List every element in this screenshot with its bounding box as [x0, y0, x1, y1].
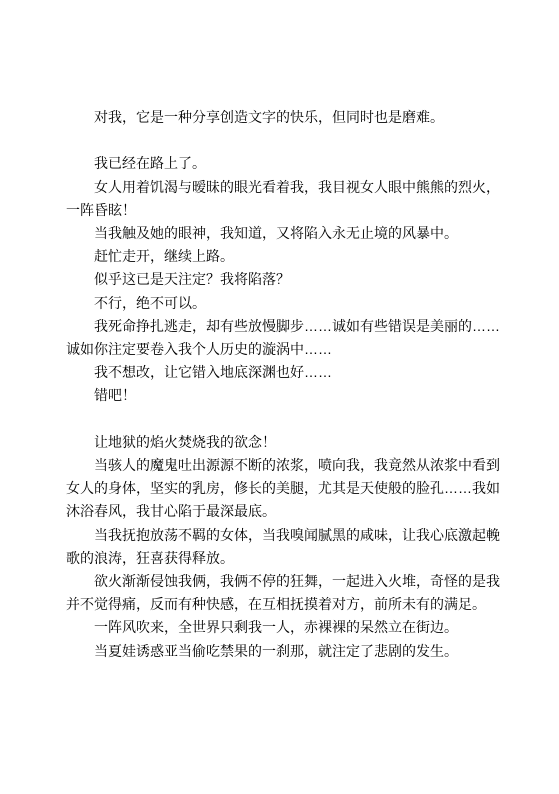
paragraph: 赶忙走开，继续上路。: [66, 245, 500, 268]
paragraph: 一阵风吹来，全世界只剩我一人，赤裸裸的呆然立在街边。: [66, 616, 500, 639]
document-page: 对我，它是一种分享创造文字的快乐，但同时也是磨难。 我已经在路上了。 女人用着饥…: [0, 0, 559, 794]
text-column: 对我，它是一种分享创造文字的快乐，但同时也是磨难。 我已经在路上了。 女人用着饥…: [66, 106, 500, 663]
paragraph: 似乎这已是天注定？我将陷落？: [66, 268, 500, 291]
paragraph: 不行，绝不可以。: [66, 292, 500, 315]
paragraph: 错吧！: [66, 384, 500, 407]
paragraph: 当我触及她的眼神，我知道，又将陷入永无止境的风暴中。: [66, 222, 500, 245]
paragraph: 我死命挣扎逃走，却有些放慢脚步……诚如有些错误是美丽的……诚如你注定要卷入我个人…: [66, 315, 500, 361]
paragraph: 当夏娃诱惑亚当偷吃禁果的一刹那，就注定了悲剧的发生。: [66, 640, 500, 663]
paragraph: 当骇人的魔鬼吐出源源不断的浓浆，喷向我，我竟然从浓浆中看到女人的身体，坚实的乳房…: [66, 454, 500, 524]
paragraph: 欲火渐渐侵蚀我俩，我俩不停的狂舞，一起进入火堆，奇怪的是我并不觉得痛，反而有种快…: [66, 570, 500, 616]
paragraph: 当我抚抱放荡不羁的女体，当我嗅闻腻黑的咸味，让我心底激起輓歌的浪涛，狂喜获得释放…: [66, 524, 500, 570]
paragraph: 我已经在路上了。: [66, 152, 500, 175]
paragraph: 我不想改，让它错入地底深渊也好……: [66, 361, 500, 384]
paragraph: 女人用着饥渴与暧昧的眼光看着我，我目视女人眼中熊熊的烈火，一阵昏眩！: [66, 176, 500, 222]
paragraph: 让地狱的焰火焚烧我的欲念！: [66, 431, 500, 454]
paragraph: 对我，它是一种分享创造文字的快乐，但同时也是磨难。: [66, 106, 500, 129]
